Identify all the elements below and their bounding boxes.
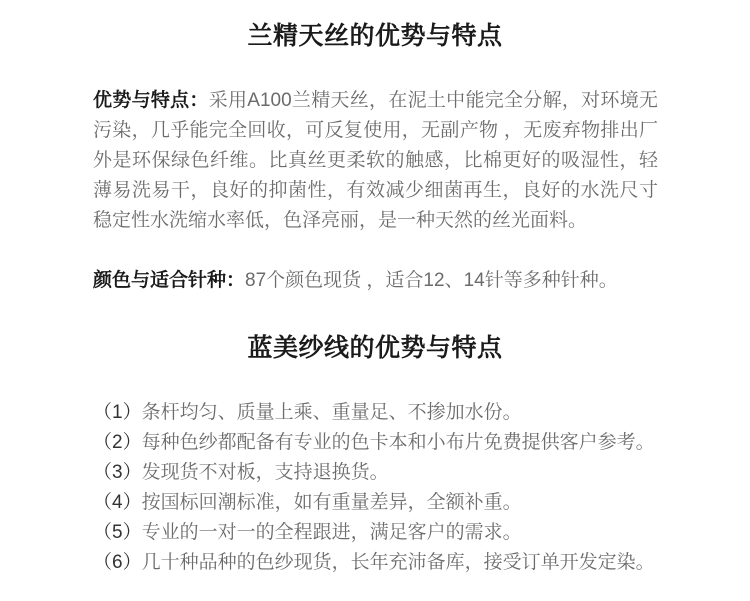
colors-label: 颜色与适合针种：	[93, 270, 245, 291]
list-item: （4）按国标回潮标准，如有重量差异，全额补重。	[93, 488, 673, 518]
section1-paragraph-colors: 颜色与适合针种：87个颜色现货 ，适合12、14针等多种针种。	[93, 266, 658, 296]
yarn-advantages-list: （1）条杆均匀、质量上乘、重量足、不掺加水份。 （2）每种色纱都配备有专业的色卡…	[93, 398, 673, 578]
list-item: （1）条杆均匀、质量上乘、重量足、不掺加水份。	[93, 398, 673, 428]
colors-text: 87个颜色现货 ，适合12、14针等多种针种。	[245, 270, 618, 291]
list-item-text: 条杆均匀、质量上乘、重量足、不掺加水份。	[142, 402, 522, 423]
list-item-text: 发现货不对板，支持退换货。	[142, 462, 389, 483]
list-item-number: （1）	[93, 402, 142, 423]
features-label: 优势与特点：	[93, 90, 209, 111]
list-item-number: （2）	[93, 432, 142, 453]
list-item: （6）几十种品种的色纱现货，长年充沛备库，接受订单开发定染。	[93, 548, 673, 578]
list-item-number: （3）	[93, 462, 142, 483]
section1-paragraph-features: 优势与特点：采用A100兰精天丝，在泥土中能完全分解，对环境无污染，几乎能完全回…	[93, 86, 658, 236]
product-description-page: 兰精天丝的优势与特点 优势与特点：采用A100兰精天丝，在泥土中能完全分解，对环…	[0, 0, 750, 601]
list-item-text: 几十种品种的色纱现货，长年充沛备库，接受订单开发定染。	[142, 552, 655, 573]
list-item: （5）专业的一对一的全程跟进，满足客户的需求。	[93, 518, 673, 548]
list-item-text: 按国标回潮标准，如有重量差异，全额补重。	[142, 492, 522, 513]
list-item-number: （4）	[93, 492, 142, 513]
features-text: 采用A100兰精天丝，在泥土中能完全分解，对环境无污染，几乎能完全回收，可反复使…	[93, 90, 658, 231]
list-item-number: （5）	[93, 522, 142, 543]
list-item: （3）发现货不对板，支持退换货。	[93, 458, 673, 488]
list-item-text: 专业的一对一的全程跟进，满足客户的需求。	[142, 522, 522, 543]
list-item-number: （6）	[93, 552, 142, 573]
section1-title: 兰精天丝的优势与特点	[0, 22, 750, 50]
list-item-text: 每种色纱都配备有专业的色卡本和小布片免费提供客户参考。	[142, 432, 655, 453]
section2-title: 蓝美纱线的优势与特点	[0, 334, 750, 362]
list-item: （2）每种色纱都配备有专业的色卡本和小布片免费提供客户参考。	[93, 428, 673, 458]
